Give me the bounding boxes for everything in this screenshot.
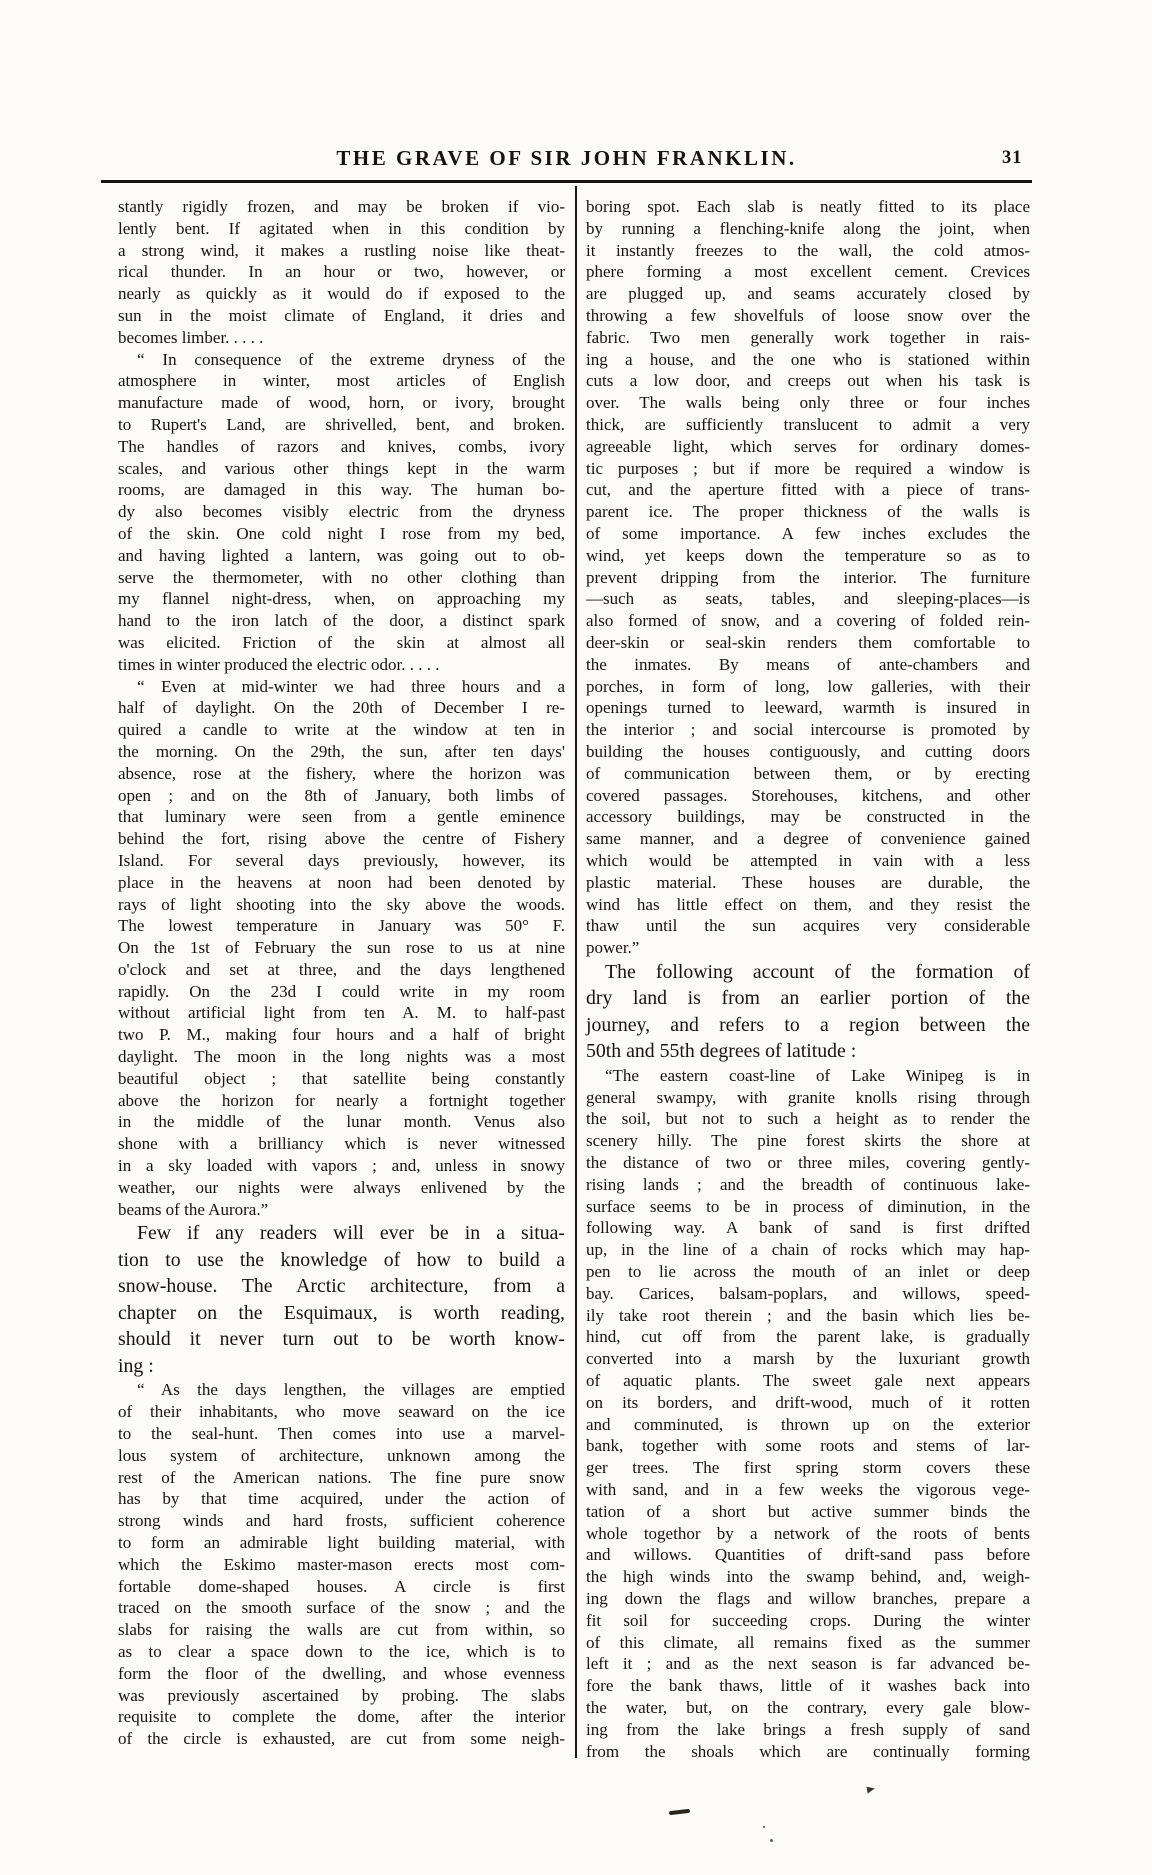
text-line: rising lands ; and the breadth of contin… [586,1174,1030,1196]
text-line: parent ice. The proper thickness of the … [586,501,1030,523]
text-line: Island. For several days previously, how… [118,850,565,872]
text-line: a strong wind, it makes a rustling noise… [118,240,565,262]
text-line: the distance of two or three miles, cove… [586,1152,1030,1174]
text-line: up, in the line of a chain of rocks whic… [586,1239,1030,1261]
paragraph: The following account of the formation o… [586,959,1030,1065]
text-line: On the 1st of February the sun rose to u… [118,937,565,959]
text-line: porches, in form of long, low galleries,… [586,676,1030,698]
text-line: are plugged up, and seams accurately clo… [586,283,1030,305]
text-line: lous system of architecture, unknown amo… [118,1445,565,1467]
text-line: thaw until the sun acquires very conside… [586,915,1030,937]
text-line: scenery hilly. The pine forest skirts th… [586,1130,1030,1152]
text-line: “ Even at mid-winter we had three hours … [118,676,565,698]
text-line: dy also becomes visibly electric from th… [118,501,565,523]
paragraph: Few if any readers will ever be in a sit… [118,1220,565,1379]
text-line: dry land is from an earlier portion of t… [586,985,1030,1012]
text-line: of communication between them, or by ere… [586,763,1030,785]
text-line: boring spot. Each slab is neatly fitted … [586,196,1030,218]
text-line: general swampy, with granite knolls risi… [586,1087,1030,1109]
text-line: ing down the flags and willow branches, … [586,1588,1030,1610]
text-line: prevent dripping from the interior. The … [586,567,1030,589]
column-divider [575,186,577,1758]
text-line: left it ; and as the next season is far … [586,1653,1030,1675]
text-line: fortable dome-shaped houses. A circle is… [118,1576,565,1598]
text-line: also formed of snow, and a covering of f… [586,610,1030,632]
text-line: in a sky loaded with vapors ; and, unles… [118,1155,565,1177]
text-line: 50th and 55th degrees of latitude : [586,1038,1030,1065]
left-column: stantly rigidly frozen, and may be broke… [118,196,565,1750]
text-line: behind the fort, rising above the centre… [118,828,565,850]
text-line: in the middle of the lunar month. Venus … [118,1111,565,1133]
text-line: should it never turn out to be worth kno… [118,1326,565,1353]
text-line: hind, cut off from the parent lake, is g… [586,1326,1030,1348]
text-line: without artificial light from ten A. M. … [118,1002,565,1024]
text-line: the interior ; and social intercourse is… [586,719,1030,741]
text-line: sun in the moist climate of England, it … [118,305,565,327]
text-line: lently bent. If agitated when in this co… [118,218,565,240]
scan-artifact-dot [770,1839,774,1843]
text-line: tation of a short but active summer bind… [586,1501,1030,1523]
text-line: above the horizon for nearly a fortnight… [118,1090,565,1112]
right-column: boring spot. Each slab is neatly fitted … [586,196,1030,1762]
text-line: over. The walls being only three or four… [586,392,1030,414]
text-line: shone with a brilliancy which is never w… [118,1133,565,1155]
text-line: plastic material. These houses are durab… [586,872,1030,894]
paragraph: “ In consequence of the extreme dryness … [118,349,565,676]
text-line: ing : [118,1353,565,1380]
text-line: requisite to complete the dome, after th… [118,1706,565,1728]
book-page-scan: THE GRAVE OF SIR JOHN FRANKLIN. 31 stant… [0,0,1152,1875]
text-line: beams of the Aurora.” [118,1199,565,1221]
text-line: fore the bank thaws, little of it washes… [586,1675,1030,1697]
text-line: from the shoals which are continually fo… [586,1741,1030,1763]
text-line: beautiful object ; that satellite being … [118,1068,565,1090]
text-line: the soil, but not to such a height as to… [586,1108,1030,1130]
text-line: rical thunder. In an hour or two, howeve… [118,261,565,283]
text-line: hand to the iron latch of the door, a di… [118,610,565,632]
page-title: THE GRAVE OF SIR JOHN FRANKLIN. [101,146,1032,171]
text-line: which the Eskimo master-mason erects mos… [118,1554,565,1576]
text-line: fabric. Two men generally work together … [586,327,1030,349]
text-line: surface seems to be in process of diminu… [586,1196,1030,1218]
text-line: openings turned to leeward, warmth is in… [586,697,1030,719]
text-line: has by that time acquired, under the act… [118,1488,565,1510]
text-line: of the circle is exhausted, are cut from… [118,1728,565,1750]
text-line: which would be attempted in vain with a … [586,850,1030,872]
text-line: with sand, and in a few weeks the vigoro… [586,1479,1030,1501]
paragraph: “ As the days lengthen, the villages are… [118,1379,565,1750]
text-line: converted into a marsh by the luxuriant … [586,1348,1030,1370]
text-line: the morning. On the 29th, the sun, after… [118,741,565,763]
text-line: agreeable light, which serves for ordina… [586,436,1030,458]
text-line: absence, rose at the fishery, where the … [118,763,565,785]
text-line: rooms, are damaged in this way. The huma… [118,479,565,501]
text-line: of this climate, all remains fixed as th… [586,1632,1030,1654]
text-line: nearly as quickly as it would do if expo… [118,283,565,305]
text-line: open ; and on the 8th of January, both l… [118,785,565,807]
text-line: ger trees. The first spring storm covers… [586,1457,1030,1479]
text-line: tic purposes ; but if more be required a… [586,458,1030,480]
text-line: deer-skin or seal-skin renders them comf… [586,632,1030,654]
text-line: of their inhabitants, who move seaward o… [118,1401,565,1423]
text-line: times in winter produced the electric od… [118,654,565,676]
text-line: and comminuted, is thrown up on the exte… [586,1414,1030,1436]
text-line: as to clear a space down to the ice, whi… [118,1641,565,1663]
text-line: pen to lie across the mouth of an inlet … [586,1261,1030,1283]
text-line: stantly rigidly frozen, and may be broke… [118,196,565,218]
text-line: daylight. The moon in the long nights wa… [118,1046,565,1068]
paragraph: “ Even at mid-winter we had three hours … [118,676,565,1221]
page-number: 31 [1002,148,1023,169]
text-line: “ In consequence of the extreme dryness … [118,349,565,371]
text-line: covered passages. Storehouses, kitchens,… [586,785,1030,807]
text-line: atmosphere in winter, most articles of E… [118,370,565,392]
text-line: snow-house. The Arctic architecture, fro… [118,1273,565,1300]
text-line: cuts a low door, and creeps out when his… [586,370,1030,392]
text-line: thick, are sufficiently translucent to a… [586,414,1030,436]
text-line: chapter on the Esquimaux, is worth readi… [118,1300,565,1327]
text-line: cut, and the aperture fitted with a piec… [586,479,1030,501]
text-line: whole togethor by a network of the roots… [586,1523,1030,1545]
text-line: to the seal-hunt. Then comes into use a … [118,1423,565,1445]
text-line: ing a house, and the one who is statione… [586,349,1030,371]
paragraph: stantly rigidly frozen, and may be broke… [118,196,565,349]
text-line: by running a flenching-knife along the j… [586,218,1030,240]
text-line: the water, but, on the contrary, every g… [586,1697,1030,1719]
text-line: of aquatic plants. The sweet gale next a… [586,1370,1030,1392]
scan-artifact-dash [669,1809,690,1816]
text-line: following way. A bank of sand is first d… [586,1217,1030,1239]
text-line: traced on the smooth surface of the snow… [118,1597,565,1619]
text-line: bank, together with some roots and stems… [586,1435,1030,1457]
scan-artifact-dot [763,1826,765,1828]
text-line: —such as seats, tables, and sleeping-pla… [586,588,1030,610]
text-line: serve the thermometer, with no other clo… [118,567,565,589]
text-line: ily take root therein ; and the basin wh… [586,1305,1030,1327]
text-line: rest of the American nations. The fine p… [118,1467,565,1489]
text-line: rapidly. On the 23d I could write in my … [118,981,565,1003]
text-line: my flannel night-dress, when, on approac… [118,588,565,610]
text-line: “ As the days lengthen, the villages are… [118,1379,565,1401]
text-line: that luminary were seen from a gentle em… [118,806,565,828]
text-line: and willows. Quantities of drift-sand pa… [586,1544,1030,1566]
text-line: The lowest temperature in January was 50… [118,915,565,937]
scan-artifact-speck [866,1785,875,1793]
paragraph: boring spot. Each slab is neatly fitted … [586,196,1030,959]
text-line: fit soil for succeeding crops. During th… [586,1610,1030,1632]
text-line: rays of light shooting into the sky abov… [118,894,565,916]
text-line: of some importance. A few inches exclude… [586,523,1030,545]
text-line: place in the heavens at noon had been de… [118,872,565,894]
text-line: the inmates. By means of ante-chambers a… [586,654,1030,676]
text-line: building the houses contiguously, and cu… [586,741,1030,763]
text-line: The handles of razors and knives, combs,… [118,436,565,458]
text-line: becomes limber. . . . . [118,327,565,349]
text-line: scales, and various other things kept in… [118,458,565,480]
text-line: The following account of the formation o… [586,959,1030,986]
text-line: bay. Carices, balsam-poplars, and willow… [586,1283,1030,1305]
paragraph: “The eastern coast-line of Lake Winipeg … [586,1065,1030,1763]
text-line: o'clock and set at three, and the days l… [118,959,565,981]
text-line: weather, our nights were always enlivene… [118,1177,565,1199]
text-line: throwing a few shovelfuls of loose snow … [586,305,1030,327]
text-line: of the skin. One cold night I rose from … [118,523,565,545]
text-line: and having lighted a lantern, was going … [118,545,565,567]
text-line: form the floor of the dwelling, and whos… [118,1663,565,1685]
text-line: phere forming a most excellent cement. C… [586,261,1030,283]
text-line: to Rupert's Land, are shrivelled, bent, … [118,414,565,436]
text-line: ing from the lake brings a fresh supply … [586,1719,1030,1741]
text-line: was elicited. Friction of the skin at al… [118,632,565,654]
text-line: slabs for raising the walls are cut from… [118,1619,565,1641]
text-line: quired a candle to write at the window a… [118,719,565,741]
text-line: wind, yet keeps down the temperature so … [586,545,1030,567]
text-line: manufacture made of wood, horn, or ivory… [118,392,565,414]
text-line: wind has little effect on them, and they… [586,894,1030,916]
text-line: the high winds into the swamp behind, an… [586,1566,1030,1588]
text-line: accessory buildings, may be constructed … [586,806,1030,828]
text-line: to form an admirable light building mate… [118,1532,565,1554]
text-line: half of daylight. On the 20th of Decembe… [118,697,565,719]
text-line: strong winds and hard frosts, sufficient… [118,1510,565,1532]
text-line: power.” [586,937,1030,959]
text-line: same manner, and a degree of convenience… [586,828,1030,850]
text-line: journey, and refers to a region between … [586,1012,1030,1039]
text-line: was previously ascertained by probing. T… [118,1685,565,1707]
header-rule [101,180,1032,183]
text-line: on its borders, and drift-wood, much of … [586,1392,1030,1414]
text-line: “The eastern coast-line of Lake Winipeg … [586,1065,1030,1087]
text-line: two P. M., making four hours and a half … [118,1024,565,1046]
text-line: it instantly freezes to the wall, the co… [586,240,1030,262]
text-line: tion to use the knowledge of how to buil… [118,1247,565,1274]
text-line: Few if any readers will ever be in a sit… [118,1220,565,1247]
